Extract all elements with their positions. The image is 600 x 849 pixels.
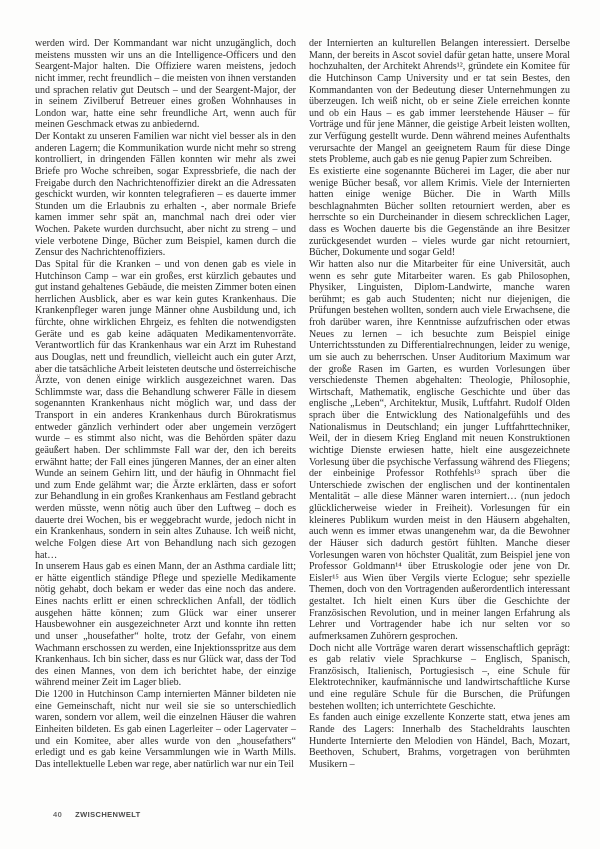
paragraph: der Internierten an kulturellen Belangen…	[309, 38, 570, 166]
text-column-left: werden wird. Der Kommandant war nicht un…	[35, 38, 296, 770]
text-body: werden wird. Der Kommandant war nicht un…	[35, 38, 570, 770]
paragraph: Es fanden auch einige exzellente Konzert…	[309, 712, 570, 770]
paragraph: Es existierte eine sogenannte Bücherei i…	[309, 166, 570, 259]
journal-page: werden wird. Der Kommandant war nicht un…	[0, 0, 600, 849]
paragraph: Das Spital für die Kranken – und von den…	[35, 259, 296, 561]
paragraph: Der Kontakt zu unseren Familien war nich…	[35, 131, 296, 259]
page-number: 40	[53, 810, 62, 819]
paragraph: In unserem Haus gab es einen Mann, der a…	[35, 561, 296, 689]
text-column-right: der Internierten an kulturellen Belangen…	[309, 38, 570, 770]
journal-title: ZWISCHENWELT	[75, 810, 141, 819]
paragraph: Die 1200 in Hutchinson Camp internierten…	[35, 689, 296, 770]
paragraph: werden wird. Der Kommandant war nicht un…	[35, 38, 296, 131]
page-footer: 40 ZWISCHENWELT	[53, 810, 141, 819]
paragraph: Wir hatten also nur die Mitarbeiter für …	[309, 259, 570, 643]
paragraph: Doch nicht alle Vorträge waren derart wi…	[309, 643, 570, 713]
